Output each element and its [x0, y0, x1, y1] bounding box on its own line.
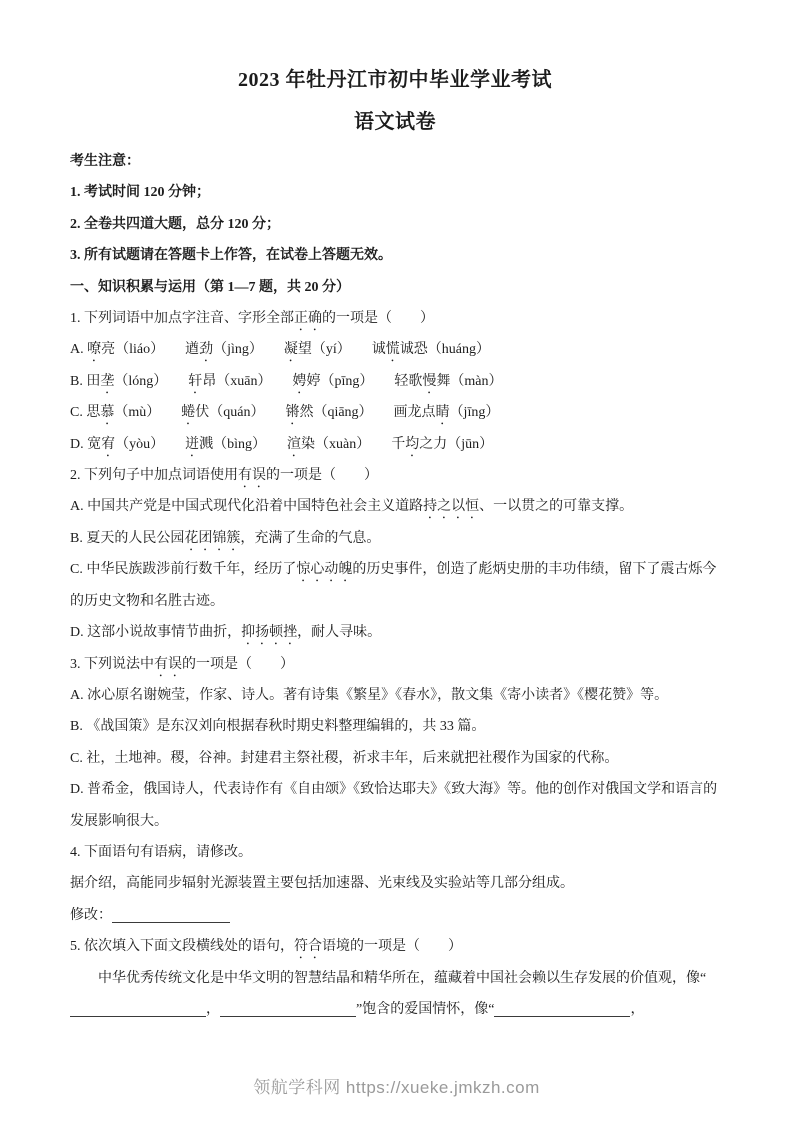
exam-subtitle: 语文试卷 — [70, 106, 720, 138]
question-3-option-c: C. 社，土地神。稷，谷神。封建君主祭社稷，祈求丰年，后来就把社稷作为国家的代称… — [70, 743, 720, 774]
question-4-fix-line: 修改： — [70, 900, 720, 931]
answer-blank — [494, 1002, 630, 1017]
section-1-heading: 一、知识积累与运用（第 1—7 题，共 20 分） — [70, 272, 720, 303]
question-3-option-a: A. 冰心原名谢婉莹，作家、诗人。著有诗集《繁星》《春水》，散文集《寄小读者》《… — [70, 680, 720, 711]
question-1-option-c: C. 思慕（mù） 蜷伏（quán） 锵然（qiāng） 画龙点睛（jīng） — [70, 397, 720, 428]
exam-title: 2023 年牡丹江市初中毕业学业考试 — [70, 64, 720, 96]
notice-item-3: 3. 所有试题请在答题卡上作答，在试卷上答题无效。 — [70, 240, 720, 271]
notice-item-1: 1. 考试时间 120 分钟； — [70, 177, 720, 208]
answer-blank — [70, 1002, 206, 1017]
question-2-option-b: B. 夏天的人民公园花团锦簇，充满了生命的气息。 — [70, 523, 720, 554]
question-2-option-d: D. 这部小说故事情节曲折，抑扬顿挫，耐人寻味。 — [70, 617, 720, 648]
question-1-option-b: B. 田垄（lóng） 轩昂（xuān） 娉婷（pīng） 轻歌慢舞（màn） — [70, 366, 720, 397]
question-1-option-d: D. 宽宥（yòu） 迸溅（bìng） 渲染（xuàn） 千均之力（jūn） — [70, 429, 720, 460]
question-1-option-a: A. 嘹亮（liáo） 遒劲（jìng） 凝望（yí） 诚慌诚恐（huáng） — [70, 334, 720, 365]
question-3-option-b: B. 《战国策》是东汉刘向根据春秋时期史料整理编辑的，共 33 篇。 — [70, 711, 720, 742]
exam-paper-page: 2023 年牡丹江市初中毕业学业考试 语文试卷 考生注意： 1. 考试时间 12… — [0, 0, 793, 1122]
question-1-stem: 1. 下列词语中加点字注音、字形全部正确的一项是（ ） — [70, 303, 720, 334]
answer-blank — [220, 1002, 356, 1017]
question-4-stem: 4. 下面语句有语病，请修改。 — [70, 837, 720, 868]
notice-heading: 考生注意： — [70, 146, 720, 177]
notice-item-2: 2. 全卷共四道大题，总分 120 分； — [70, 209, 720, 240]
question-3-stem: 3. 下列说法中有误的一项是（ ） — [70, 649, 720, 680]
answer-blank — [112, 908, 230, 923]
question-3-option-d: D. 普希金，俄国诗人，代表诗作有《自由颂》《致恰达耶夫》《致大海》等。他的创作… — [70, 774, 720, 837]
watermark-text: 领航学科网 https://xueke.jmkzh.com — [0, 1073, 793, 1098]
question-2-option-a: A. 中国共产党是中国式现代化沿着中国特色社会主义道路持之以恒、一以贯之的可靠支… — [70, 491, 720, 522]
question-2-stem: 2. 下列句子中加点词语使用有误的一项是（ ） — [70, 460, 720, 491]
question-5-passage: 中华优秀传统文化是中华文明的智慧结晶和精华所在，蕴藏着中国社会赖以生存发展的价值… — [70, 963, 720, 1026]
question-5-stem: 5. 依次填入下面文段横线处的语句，符合语境的一项是（ ） — [70, 931, 720, 962]
question-2-option-c: C. 中华民族跋涉前行数千年，经历了惊心动魄的历史事件，创造了彪炳史册的丰功伟绩… — [70, 554, 720, 617]
question-4-sentence: 据介绍，高能同步辐射光源装置主要包括加速器、光束线及实验站等几部分组成。 — [70, 868, 720, 899]
